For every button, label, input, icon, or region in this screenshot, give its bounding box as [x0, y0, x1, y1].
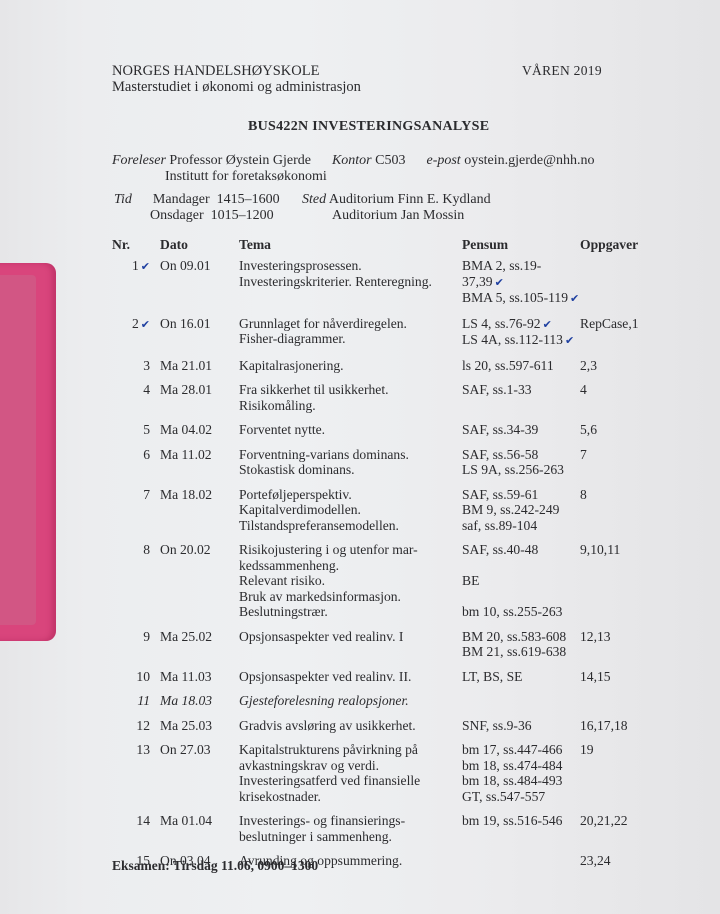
- lecture-number-text: 9: [143, 629, 150, 644]
- lecture-number: 1✔: [112, 258, 160, 316]
- lecture-number-text: 4: [143, 382, 150, 397]
- reading-text: LS 9A, ss.256-263: [462, 462, 564, 477]
- reading-line: BMA 5, ss.105-119✔: [462, 290, 580, 307]
- lecture-topics: Opsjonsaspekter ved realinv. II.: [239, 669, 462, 694]
- reading-text: BMA 5, ss.105-119: [462, 290, 568, 305]
- lecture-topics: Investeringsprosessen.Investeringskriter…: [239, 258, 462, 316]
- lecture-tasks: 14,15: [580, 669, 670, 694]
- place-line-1: Sted Auditorium Finn E. Kydland: [302, 192, 491, 208]
- topic-line: Risikojustering i og utenfor mar-: [239, 542, 462, 558]
- reading-line: BE: [462, 573, 580, 589]
- lecture-topics: Kapitalstrukturens påvirkning påavkastni…: [239, 742, 462, 813]
- lecture-number: 13: [112, 742, 160, 813]
- lecture-tasks: [580, 258, 670, 316]
- lecture-date-text: Ma 18.03: [160, 693, 212, 708]
- reading-text: SAF, ss.59-61: [462, 487, 538, 502]
- lecture-topics: Porteføljeperspektiv.Kapitalverdimodelle…: [239, 487, 462, 543]
- lecture-number-text: 14: [136, 813, 150, 828]
- reading-line: BMA 2, ss.19-37,39✔: [462, 258, 580, 290]
- topic-line: Tilstandspreferansemodellen.: [239, 518, 462, 534]
- reading-line: SAF, ss.59-61: [462, 487, 580, 503]
- lecturer-name: Professor Øystein Gjerde: [169, 153, 311, 168]
- lecture-tasks: [580, 693, 670, 718]
- lecture-date-text: On 27.03: [160, 742, 211, 757]
- lecture-readings: [462, 693, 580, 718]
- time-wednesday: Onsdager 1015–1200: [150, 208, 274, 224]
- lecture-tasks: 8: [580, 487, 670, 543]
- topic-line: Investeringskriterier. Renteregning.: [239, 274, 462, 290]
- col-header-readings: Pensum: [462, 237, 580, 258]
- tasks-text: 2,3: [580, 358, 597, 373]
- checkmark-icon: ✔: [141, 260, 150, 273]
- lecture-tasks: 5,6: [580, 422, 670, 447]
- lecture-tasks: 7: [580, 447, 670, 487]
- lecture-number: 4: [112, 382, 160, 422]
- topic-line: Beslutningstrær.: [239, 604, 462, 620]
- lecture-tasks: 16,17,18: [580, 718, 670, 743]
- lecture-tasks: 12,13: [580, 629, 670, 669]
- topic-line: Investeringsatferd ved finansielle: [239, 773, 462, 789]
- reading-text: SAF, ss.40-48: [462, 542, 538, 557]
- schedule-row: 8On 20.02Risikojustering i og utenfor ma…: [112, 542, 670, 629]
- lecture-readings: ls 20, ss.597-611: [462, 358, 580, 383]
- topic-line: avkastningskrav og verdi.: [239, 758, 462, 774]
- reading-line: SAF, ss.34-39: [462, 422, 580, 438]
- lecture-readings: SAF, ss.34-39: [462, 422, 580, 447]
- lecture-topics: Forventet nytte.: [239, 422, 462, 447]
- time-label: Tid: [114, 192, 132, 207]
- department: Institutt for foretaksøkonomi: [165, 169, 327, 185]
- topic-line: Porteføljeperspektiv.: [239, 487, 462, 503]
- office-label: Kontor: [332, 153, 372, 168]
- tasks-text: 4: [580, 382, 587, 397]
- reading-line: LS 4A, ss.112-113✔: [462, 332, 580, 349]
- col-header-topic: Tema: [239, 237, 462, 258]
- lecture-number-text: 7: [143, 487, 150, 502]
- lecture-number: 11: [112, 693, 160, 718]
- lecture-date: Ma 28.01: [160, 382, 239, 422]
- lecture-date-text: On 16.01: [160, 316, 211, 331]
- reading-text: BM 21, ss.619-638: [462, 644, 566, 659]
- schedule-header-row: Nr. Dato Tema Pensum Oppgaver: [112, 237, 670, 258]
- topic-line: Kapitalrasjonering.: [239, 358, 462, 374]
- reading-text: bm 19, ss.516-546: [462, 813, 562, 828]
- topic-line: Relevant risiko.: [239, 573, 462, 589]
- checkmark-icon: ✔: [570, 292, 579, 305]
- reading-text: ls 20, ss.597-611: [462, 358, 554, 373]
- tasks-text: 12,13: [580, 629, 611, 644]
- topic-line: Stokastisk dominans.: [239, 462, 462, 478]
- checkmark-icon: ✔: [543, 318, 552, 331]
- schedule-row: 13On 27.03Kapitalstrukturens påvirkning …: [112, 742, 670, 813]
- schedule-row: 2✔On 16.01Grunnlaget for nåverdiregelen.…: [112, 316, 670, 358]
- schedule-row: 5Ma 04.02Forventet nytte.SAF, ss.34-395,…: [112, 422, 670, 447]
- topic-line: Gradvis avsløring av usikkerhet.: [239, 718, 462, 734]
- lecture-readings: bm 19, ss.516-546: [462, 813, 580, 853]
- schedule-row: 6Ma 11.02Forventning-varians dominans.St…: [112, 447, 670, 487]
- reading-text: SAF, ss.34-39: [462, 422, 538, 437]
- reading-text: LT, BS, SE: [462, 669, 522, 684]
- reading-text: GT, ss.547-557: [462, 789, 545, 804]
- lecture-date: On 16.01: [160, 316, 239, 358]
- place-label: Sted: [302, 192, 326, 207]
- lecture-number: 5: [112, 422, 160, 447]
- lecture-date-text: Ma 11.02: [160, 447, 212, 462]
- lecture-topics: Gjesteforelesning realopsjoner.: [239, 693, 462, 718]
- lecture-date: On 20.02: [160, 542, 239, 629]
- lecture-number: 3: [112, 358, 160, 383]
- lecturer-label: Foreleser: [112, 153, 166, 168]
- lecture-number-text: 10: [136, 669, 150, 684]
- checkmark-icon: ✔: [495, 276, 504, 289]
- lecture-date-text: Ma 28.01: [160, 382, 212, 397]
- reading-line: SAF, ss.40-48: [462, 542, 580, 558]
- topic-line: kedssammenheng.: [239, 558, 462, 574]
- col-header-tasks: Oppgaver: [580, 237, 670, 258]
- reading-line: saf, ss.89-104: [462, 518, 580, 534]
- col-header-date: Dato: [160, 237, 239, 258]
- tasks-text: 20,21,22: [580, 813, 628, 828]
- tasks-text: 19: [580, 742, 594, 757]
- lecture-readings: BMA 2, ss.19-37,39✔BMA 5, ss.105-119✔: [462, 258, 580, 316]
- reading-text: BM 9, ss.242-249: [462, 502, 559, 517]
- lecture-tasks: 9,10,11: [580, 542, 670, 629]
- topic-line: beslutninger i sammenheng.: [239, 829, 462, 845]
- lecture-number: 12: [112, 718, 160, 743]
- lecture-date: Ma 25.02: [160, 629, 239, 669]
- lecture-number: 14: [112, 813, 160, 853]
- lecture-number-text: 6: [143, 447, 150, 462]
- lecture-tasks: 20,21,22: [580, 813, 670, 853]
- topic-line: Grunnlaget for nåverdiregelen.: [239, 316, 462, 332]
- reading-line: LS 9A, ss.256-263: [462, 462, 580, 478]
- term-label: VÅREN 2019: [522, 63, 602, 79]
- reading-text: LS 4, ss.76-92: [462, 316, 541, 331]
- lecture-date: Ma 18.03: [160, 693, 239, 718]
- reading-text: SNF, ss.9-36: [462, 718, 532, 733]
- lecture-topics: Gradvis avsløring av usikkerhet.: [239, 718, 462, 743]
- lecture-number-text: 2: [132, 316, 139, 331]
- reading-line: SAF, ss.1-33: [462, 382, 580, 398]
- lecture-number-text: 3: [143, 358, 150, 373]
- tasks-text: 23,24: [580, 853, 611, 868]
- topic-line: Opsjonsaspekter ved realinv. I: [239, 629, 462, 645]
- reading-line: LS 4, ss.76-92✔: [462, 316, 580, 333]
- schedule-body: 1✔On 09.01Investeringsprosessen.Invester…: [112, 258, 670, 878]
- lecture-readings: [462, 853, 580, 878]
- topic-line: Fra sikkerhet til usikkerhet.: [239, 382, 462, 398]
- lecture-date-text: Ma 25.03: [160, 718, 212, 733]
- reading-line: BM 20, ss.583-608: [462, 629, 580, 645]
- schedule-row: 11Ma 18.03Gjesteforelesning realopsjoner…: [112, 693, 670, 718]
- lecture-date: Ma 18.02: [160, 487, 239, 543]
- reading-line: BM 9, ss.242-249: [462, 502, 580, 518]
- reading-line: BM 21, ss.619-638: [462, 644, 580, 660]
- lecture-topics: Grunnlaget for nåverdiregelen.Fisher-dia…: [239, 316, 462, 358]
- lecture-readings: bm 17, ss.447-466bm 18, ss.474-484bm 18,…: [462, 742, 580, 813]
- place-2: Auditorium Jan Mossin: [332, 208, 464, 224]
- lecture-date-text: Ma 04.02: [160, 422, 212, 437]
- reading-text: LS 4A, ss.112-113: [462, 332, 563, 347]
- reading-line: [462, 558, 580, 574]
- lecture-date: On 09.01: [160, 258, 239, 316]
- lecture-number-text: 13: [136, 742, 150, 757]
- schedule-row: 3Ma 21.01Kapitalrasjonering.ls 20, ss.59…: [112, 358, 670, 383]
- email-link[interactable]: oystein.gjerde@nhh.no: [464, 153, 594, 168]
- tasks-text: 14,15: [580, 669, 611, 684]
- lecture-readings: LS 4, ss.76-92✔LS 4A, ss.112-113✔: [462, 316, 580, 358]
- lecture-number: 2✔: [112, 316, 160, 358]
- lecture-date-text: On 20.02: [160, 542, 211, 557]
- lecture-date-text: Ma 21.01: [160, 358, 212, 373]
- lecture-date-text: Ma 18.02: [160, 487, 212, 502]
- lecture-date: Ma 11.02: [160, 447, 239, 487]
- lecture-readings: LT, BS, SE: [462, 669, 580, 694]
- lecture-readings: SAF, ss.56-58LS 9A, ss.256-263: [462, 447, 580, 487]
- reading-text: bm 18, ss.474-484: [462, 758, 562, 773]
- exam-info: Eksamen: Tirsdag 11.06, 0900–1300: [112, 858, 318, 874]
- lecture-date-text: Ma 01.04: [160, 813, 212, 828]
- tasks-text: RepCase,1: [580, 316, 639, 331]
- schedule-row: 10Ma 11.03Opsjonsaspekter ved realinv. I…: [112, 669, 670, 694]
- lecture-tasks: RepCase,1: [580, 316, 670, 358]
- office-value: C503: [375, 153, 405, 168]
- lecture-number-text: 1: [132, 258, 139, 273]
- topic-line: Fisher-diagrammer.: [239, 331, 462, 347]
- reading-text: saf, ss.89-104: [462, 518, 537, 533]
- lecture-number: 6: [112, 447, 160, 487]
- lecture-date: Ma 04.02: [160, 422, 239, 447]
- lecture-number-text: 11: [137, 693, 150, 708]
- lecture-date-text: Ma 25.02: [160, 629, 212, 644]
- lecture-topics: Fra sikkerhet til usikkerhet.Risikomålin…: [239, 382, 462, 422]
- tasks-text: 5,6: [580, 422, 597, 437]
- schedule-row: 14Ma 01.04Investerings- og finansierings…: [112, 813, 670, 853]
- course-title: BUS422N INVESTERINGSANALYSE: [248, 119, 489, 135]
- checkmark-icon: ✔: [141, 318, 150, 331]
- reading-line: [462, 589, 580, 605]
- pink-highlighter-object: [0, 263, 56, 641]
- lecture-date-text: Ma 11.03: [160, 669, 212, 684]
- lecture-tasks: 4: [580, 382, 670, 422]
- lecture-number: 8: [112, 542, 160, 629]
- time-line-1: Tid Mandager 1415–1600: [114, 192, 280, 208]
- schedule-row: 4Ma 28.01Fra sikkerhet til usikkerhet.Ri…: [112, 382, 670, 422]
- lecture-number-text: 8: [143, 542, 150, 557]
- topic-line: Opsjonsaspekter ved realinv. II.: [239, 669, 462, 685]
- reading-text: bm 10, ss.255-263: [462, 604, 562, 619]
- reading-text: SAF, ss.1-33: [462, 382, 532, 397]
- lecture-readings: SAF, ss.59-61BM 9, ss.242-249saf, ss.89-…: [462, 487, 580, 543]
- lecture-number: 9: [112, 629, 160, 669]
- lecture-date: Ma 25.03: [160, 718, 239, 743]
- lecture-topics: Risikojustering i og utenfor mar-kedssam…: [239, 542, 462, 629]
- lecture-date: Ma 11.03: [160, 669, 239, 694]
- reading-text: SAF, ss.56-58: [462, 447, 538, 462]
- lecture-date: Ma 01.04: [160, 813, 239, 853]
- topic-line: Bruk av markedsinformasjon.: [239, 589, 462, 605]
- topic-line: Kapitalstrukturens påvirkning på: [239, 742, 462, 758]
- reading-line: ls 20, ss.597-611: [462, 358, 580, 374]
- lecturer-line: Foreleser Professor Øystein Gjerde Konto…: [112, 153, 595, 169]
- reading-line: bm 10, ss.255-263: [462, 604, 580, 620]
- reading-line: bm 17, ss.447-466: [462, 742, 580, 758]
- topic-line: Forventet nytte.: [239, 422, 462, 438]
- lecture-tasks: 2,3: [580, 358, 670, 383]
- lecture-topics: Opsjonsaspekter ved realinv. I: [239, 629, 462, 669]
- topic-line: Gjesteforelesning realopsjoner.: [239, 693, 462, 709]
- lecture-date: On 27.03: [160, 742, 239, 813]
- topic-line: Investerings- og finansierings-: [239, 813, 462, 829]
- lecture-date-text: On 09.01: [160, 258, 211, 273]
- topic-line: Risikomåling.: [239, 398, 462, 414]
- topic-line: Kapitalverdimodellen.: [239, 502, 462, 518]
- lecture-readings: SAF, ss.40-48BEbm 10, ss.255-263: [462, 542, 580, 629]
- reading-text: BM 20, ss.583-608: [462, 629, 566, 644]
- topic-line: krisekostnader.: [239, 789, 462, 805]
- reading-text: bm 17, ss.447-466: [462, 742, 562, 757]
- schedule-table: Nr. Dato Tema Pensum Oppgaver 1✔On 09.01…: [112, 237, 670, 878]
- reading-line: bm 18, ss.484-493: [462, 773, 580, 789]
- lecture-tasks: 19: [580, 742, 670, 813]
- tasks-text: 9,10,11: [580, 542, 620, 557]
- reading-line: GT, ss.547-557: [462, 789, 580, 805]
- place-1: Auditorium Finn E. Kydland: [329, 192, 491, 207]
- topic-line: Investeringsprosessen.: [239, 258, 462, 274]
- time-monday: Mandager 1415–1600: [153, 192, 280, 207]
- reading-line: bm 18, ss.474-484: [462, 758, 580, 774]
- schedule-row: 12Ma 25.03Gradvis avsløring av usikkerhe…: [112, 718, 670, 743]
- program-name: Masterstudiet i økonomi og administrasjo…: [112, 79, 361, 96]
- lecture-topics: Forventning-varians dominans.Stokastisk …: [239, 447, 462, 487]
- tasks-text: 7: [580, 447, 587, 462]
- tasks-text: 8: [580, 487, 587, 502]
- lecture-readings: SNF, ss.9-36: [462, 718, 580, 743]
- reading-text: bm 18, ss.484-493: [462, 773, 562, 788]
- col-header-nr: Nr.: [112, 237, 160, 258]
- lecture-readings: SAF, ss.1-33: [462, 382, 580, 422]
- schedule-row: 9Ma 25.02Opsjonsaspekter ved realinv. IB…: [112, 629, 670, 669]
- lecture-date: Ma 21.01: [160, 358, 239, 383]
- topic-line: Forventning-varians dominans.: [239, 447, 462, 463]
- reading-line: SNF, ss.9-36: [462, 718, 580, 734]
- lecture-number: 7: [112, 487, 160, 543]
- lecture-readings: BM 20, ss.583-608BM 21, ss.619-638: [462, 629, 580, 669]
- reading-line: SAF, ss.56-58: [462, 447, 580, 463]
- tasks-text: 16,17,18: [580, 718, 628, 733]
- lecture-number-text: 12: [136, 718, 150, 733]
- lecture-topics: Kapitalrasjonering.: [239, 358, 462, 383]
- lecture-topics: Investerings- og finansierings-beslutnin…: [239, 813, 462, 853]
- checkmark-icon: ✔: [565, 334, 574, 347]
- schedule-row: 7Ma 18.02Porteføljeperspektiv.Kapitalver…: [112, 487, 670, 543]
- lecture-number-text: 5: [143, 422, 150, 437]
- reading-line: bm 19, ss.516-546: [462, 813, 580, 829]
- schedule-row: 1✔On 09.01Investeringsprosessen.Invester…: [112, 258, 670, 316]
- reading-text: BE: [462, 573, 479, 588]
- institution-name: NORGES HANDELSHØYSKOLE: [112, 63, 319, 80]
- reading-line: LT, BS, SE: [462, 669, 580, 685]
- lecture-number: 10: [112, 669, 160, 694]
- lecture-tasks: 23,24: [580, 853, 670, 878]
- email-label: e-post: [426, 153, 460, 168]
